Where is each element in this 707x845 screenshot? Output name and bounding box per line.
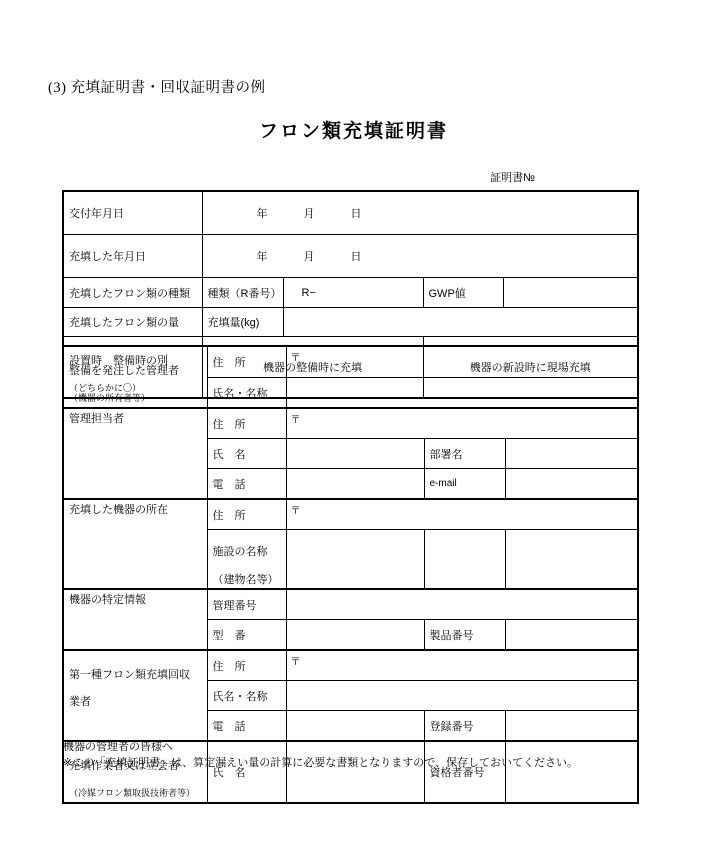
address-value: 〒 <box>286 499 638 530</box>
ordering-manager-label-line2: （機器の所有者等） <box>69 393 150 403</box>
table-row: 整備を発注した管理者 （機器の所有者等） 住 所 〒 <box>63 346 638 378</box>
issue-date-label: 交付年月日 <box>63 191 202 235</box>
operator-name-value <box>286 681 638 711</box>
email-label: e-mail <box>424 469 505 500</box>
party-info-table: 整備を発注した管理者 （機器の所有者等） 住 所 〒 氏名・名称 管理担当者 住… <box>62 345 639 804</box>
facility-name-label: 施設の名称 （建物名等） <box>207 530 286 590</box>
year-label: 年 <box>257 205 268 221</box>
address-label: 住 所 <box>207 650 286 681</box>
table-row: 充填した年月日 年月日 <box>63 235 638 278</box>
postal-mark: 〒 <box>291 657 301 668</box>
document-title: フロン類充填証明書 <box>0 116 707 143</box>
footer-note: 機器の管理者の皆様へ ※この「充填証明書」は、算定漏えい量の計算に必要な書類とな… <box>63 740 663 772</box>
address-label: 住 所 <box>207 499 286 530</box>
facility-name-value <box>286 530 424 590</box>
person-name-label: 氏 名 <box>207 439 286 469</box>
address-value: 〒 <box>286 408 638 439</box>
operator-name-label: 氏名・名称 <box>207 681 286 711</box>
recovery-operator-label-line2: 業者 <box>69 696 91 708</box>
gwp-value <box>503 278 638 308</box>
recovery-operator-label: 第一種フロン類充填回収 業者 <box>63 650 207 741</box>
certificate-number-label: 証明書№ <box>437 169 535 185</box>
facility-name-label-line1: 施設の名称 <box>213 546 268 558</box>
department-value <box>505 439 638 469</box>
day-label: 日 <box>351 205 362 221</box>
gwp-label: GWP値 <box>423 278 503 308</box>
table-row: 充填したフロン類の種類 種類（R番号） R− GWP値 <box>63 278 638 308</box>
product-number-label: 製品番号 <box>424 620 505 651</box>
contact-person-label: 管理担当者 <box>63 408 207 499</box>
month-label: 月 <box>304 248 315 264</box>
section-heading: (3) 充填証明書・回収証明書の例 <box>48 76 266 97</box>
phone-label: 電 話 <box>207 469 286 500</box>
fill-amount-label: 充填したフロン類の量 <box>63 308 202 337</box>
empty-cell <box>424 530 505 590</box>
table-row: 管理担当者 住 所 〒 <box>63 408 638 439</box>
table-row: 交付年月日 年月日 <box>63 191 638 235</box>
registration-number-label: 登録番号 <box>424 711 505 742</box>
r-number-label: 種類（R番号） <box>202 278 283 308</box>
management-number-value <box>286 589 638 620</box>
facility-name-label-line2: （建物名等） <box>213 574 279 586</box>
table-row: 充填したフロン類の量 充填量(kg) <box>63 308 638 337</box>
fluorocarbon-type-label: 充填したフロン類の種類 <box>63 278 202 308</box>
fill-date-label: 充填した年月日 <box>63 235 202 278</box>
table-row: 第一種フロン類充填回収 業者 住 所 〒 <box>63 650 638 681</box>
ordering-manager-label-line1: 整備を発注した管理者 <box>69 365 179 377</box>
fill-amount-unit-label: 充填量(kg) <box>202 308 283 337</box>
recovery-operator-label-line1: 第一種フロン類充填回収 <box>69 669 190 681</box>
fill-date-value: 年月日 <box>202 235 638 278</box>
product-number-value <box>505 620 638 651</box>
postal-mark: 〒 <box>291 353 301 364</box>
person-name-value <box>286 439 424 469</box>
table-row: 充填した機器の所在 住 所 〒 <box>63 499 638 530</box>
address-value: 〒 <box>286 346 638 378</box>
month-label: 月 <box>304 205 315 221</box>
fill-amount-value <box>283 308 638 337</box>
ordering-manager-label: 整備を発注した管理者 （機器の所有者等） <box>63 346 207 408</box>
address-label: 住 所 <box>207 346 286 378</box>
operator-phone-value <box>286 711 424 742</box>
footer-line1: 機器の管理者の皆様へ <box>63 740 663 756</box>
department-label: 部署名 <box>424 439 505 469</box>
name-value <box>286 378 638 408</box>
management-number-label: 管理番号 <box>207 589 286 620</box>
postal-mark: 〒 <box>291 506 301 517</box>
model-number-label: 型 番 <box>207 620 286 651</box>
operator-phone-label: 電 話 <box>207 711 286 742</box>
fill-worker-label-line2: （冷媒フロン類取扱技術者等） <box>69 788 195 798</box>
registration-number-value <box>505 711 638 742</box>
address-value: 〒 <box>286 650 638 681</box>
r-number-value: R− <box>283 278 423 308</box>
issue-date-value: 年月日 <box>202 191 638 235</box>
year-label: 年 <box>257 248 268 264</box>
equipment-info-label: 機器の特定情報 <box>63 589 207 650</box>
equipment-location-label: 充填した機器の所在 <box>63 499 207 589</box>
empty-cell <box>505 530 638 590</box>
footer-line2: ※この「充填証明書」は、算定漏えい量の計算に必要な書類となりますので、保存してお… <box>63 756 663 772</box>
table-row: 機器の特定情報 管理番号 <box>63 589 638 620</box>
name-label: 氏名・名称 <box>207 378 286 408</box>
email-value <box>505 469 638 500</box>
day-label: 日 <box>351 248 362 264</box>
postal-mark: 〒 <box>291 415 301 426</box>
phone-value <box>286 469 424 500</box>
address-label: 住 所 <box>207 408 286 439</box>
model-number-value <box>286 620 424 651</box>
